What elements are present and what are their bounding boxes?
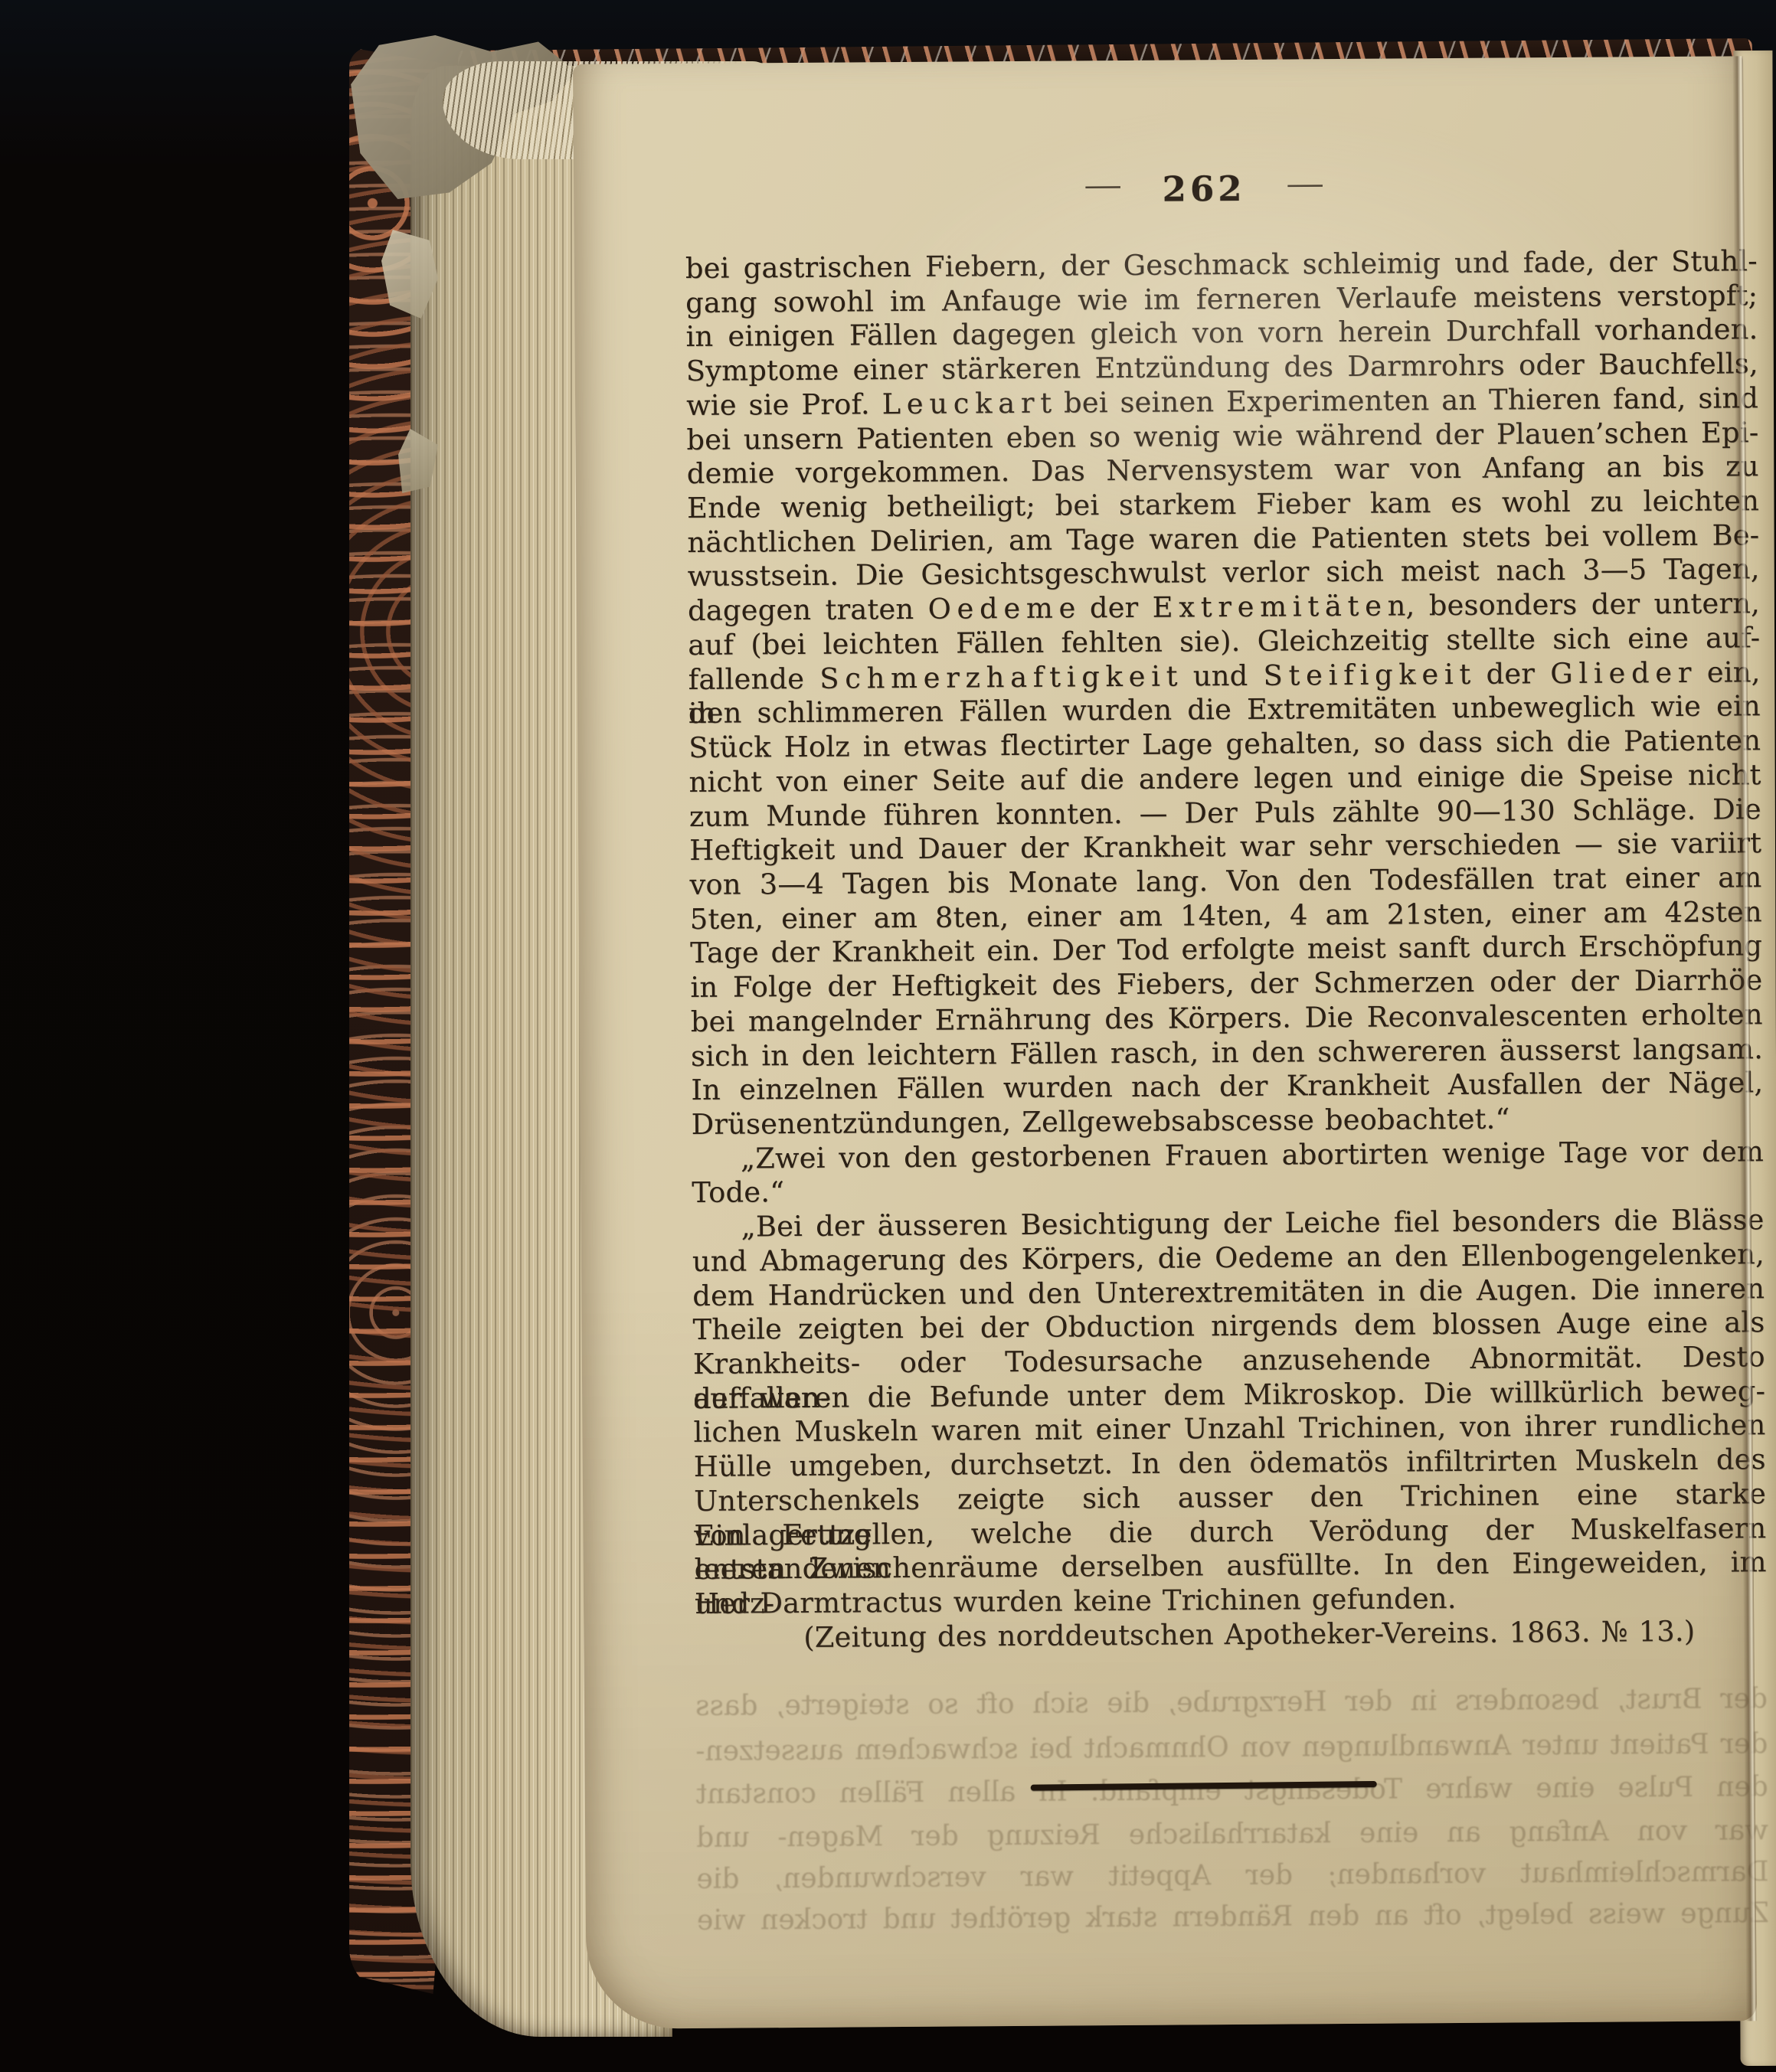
bleedthrough-line: Darmschleimhaut vorhanden; der Appetit w… <box>696 1855 1768 1897</box>
scan-background: — 262 — bei gastrischen Fiebern, der Ges… <box>0 0 1776 2072</box>
bleedthrough-line: war von Anfang an eine katarrhalische Re… <box>696 1814 1768 1855</box>
text-line: (Zeitung des norddeutschen Apotheker-Ver… <box>695 1614 1767 1655</box>
page-number: 262 <box>1163 168 1246 209</box>
bleedthrough-line: der Brust, besonders in der Herzgrube, d… <box>695 1682 1768 1724</box>
header-dash-left: — <box>1083 168 1121 203</box>
page-header: — 262 — <box>668 162 1740 215</box>
text-block: bei gastrischen Fiebern, der Geschmack s… <box>685 244 1768 1655</box>
bleedthrough-line: den Pulse eine wahre Todesangst empfand.… <box>696 1770 1768 1812</box>
book-page: — 262 — bei gastrischen Fiebern, der Ges… <box>573 56 1757 2029</box>
bleedthrough-line: der Patient unter Anwandlungen von Ohnma… <box>695 1727 1768 1769</box>
header-dash-right: — <box>1286 166 1324 201</box>
bleedthrough-line: Zunge weiss belegt, oft an den Rändern s… <box>697 1897 1769 1938</box>
